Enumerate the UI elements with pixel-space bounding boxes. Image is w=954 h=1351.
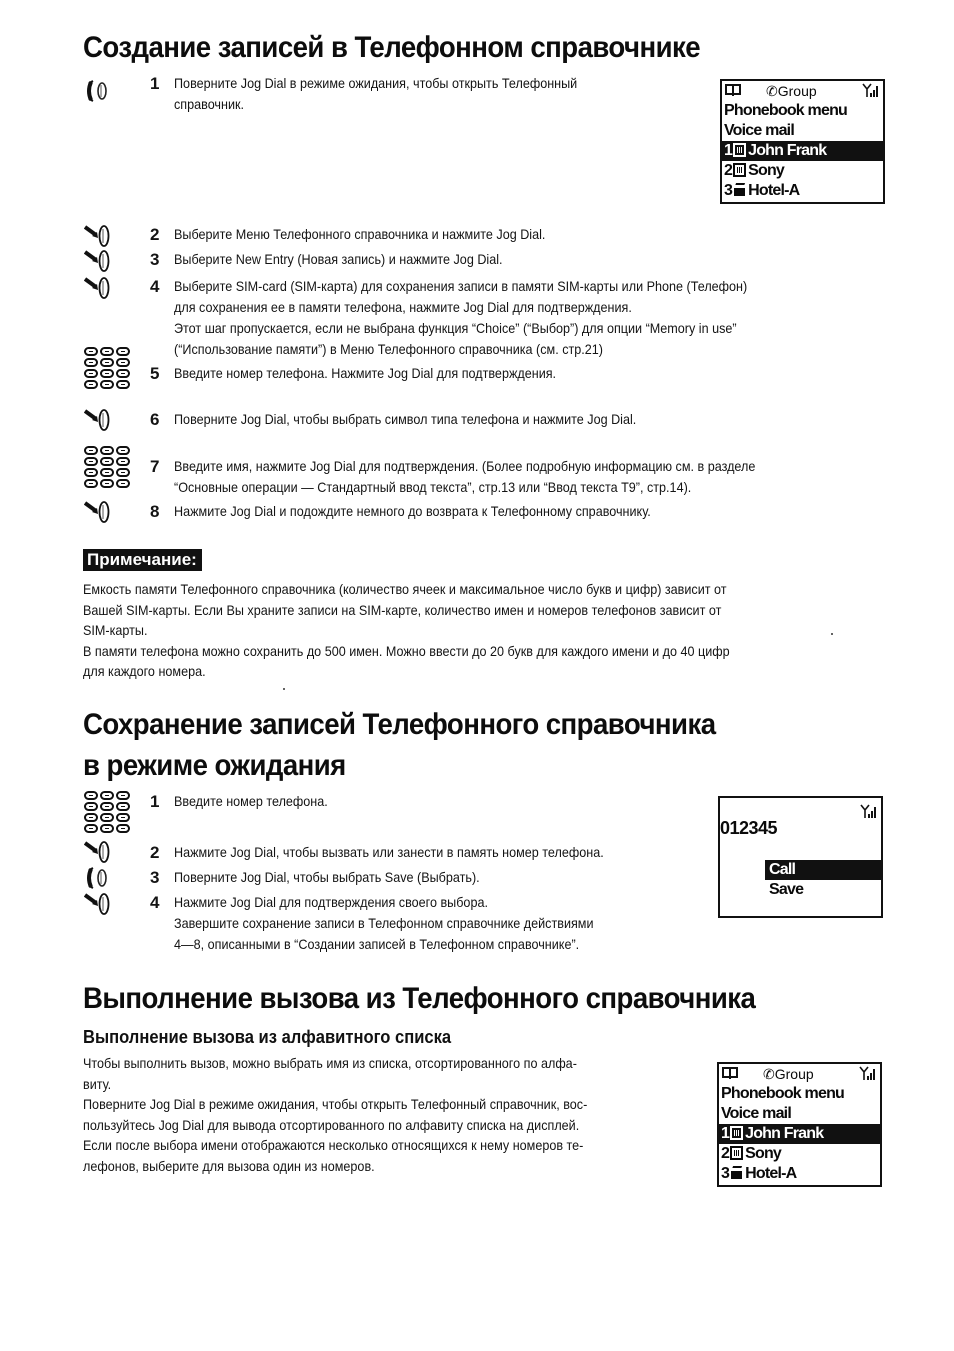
section-title-save-entries: Сохранение записей Телефонного справочни… (83, 705, 716, 745)
step-3: 3 Выберите New Entry (Новая запись) и на… (150, 249, 910, 270)
screen-row-contact: 2Sony (719, 1144, 880, 1164)
screen-option-save: Save (765, 880, 881, 900)
step-text: Нажмите Jog Dial для подтверждения своег… (174, 892, 692, 955)
step-text: Поверните Jog Dial в режиме ожидания, чт… (174, 73, 656, 115)
save-step-4: 4 Нажмите Jog Dial для подтверждения сво… (150, 892, 750, 955)
step-7: 7 Введите имя, нажмите Jog Dial для подт… (150, 456, 950, 498)
section-title-save-entries-line2: в режиме ожидания (83, 746, 346, 786)
screen-row-contact-selected: 1John Frank (719, 1124, 880, 1144)
phone-screen-phonebook: ✆Group Phonebook menu Voice mail 1John F… (720, 79, 885, 204)
jog-dial-rotate-icon (84, 867, 110, 889)
screen-row-contact: 3Hotel-A (722, 181, 883, 201)
jog-dial-press-icon (84, 276, 114, 300)
subsection-title-alphabetical: Выполнение вызова из алфавитного списка (83, 1026, 451, 1048)
jog-dial-rotate-icon (84, 80, 110, 102)
phonebook-icon (722, 1067, 738, 1078)
keypad-icon (84, 347, 132, 393)
screen-status-bar: ✆Group (719, 1064, 880, 1084)
save-step-2: 2 Нажмите Jog Dial, чтобы вызвать или за… (150, 842, 750, 863)
step-4: 4 Выберите SIM-card (SIM-карта) для сохр… (150, 276, 950, 360)
mobile-phone-icon (733, 163, 746, 177)
office-phone-icon (730, 1146, 743, 1160)
phone-screen-phonebook-alphabetical: ✆Group Phonebook menu Voice mail 1John F… (717, 1062, 882, 1187)
jog-dial-press-icon (84, 224, 114, 248)
step-text: Выберите New Entry (Новая запись) и нажм… (174, 249, 836, 270)
step-8: 8 Нажмите Jog Dial и подождите немного д… (150, 501, 910, 522)
step-text: Введите имя, нажмите Jog Dial для подтве… (174, 456, 872, 498)
jog-dial-press-icon (84, 249, 114, 273)
screen-row-contact-selected: 1John Frank (722, 141, 883, 161)
step-text: Введите номер телефона. (174, 791, 656, 812)
note-label: Примечание: (83, 549, 202, 571)
phonebook-icon (725, 84, 741, 95)
keypad-icon (84, 446, 132, 492)
phone-screen-number-entry: 012345 Call Save (718, 796, 883, 918)
step-text: Введите номер телефона. Нажмите Jog Dial… (174, 363, 836, 384)
step-text: Поверните Jog Dial, чтобы выбрать Save (… (174, 867, 692, 888)
step-6: 6 Поверните Jog Dial, чтобы выбрать симв… (150, 409, 910, 430)
step-text: Нажмите Jog Dial и подождите немного до … (174, 501, 836, 522)
save-step-3: 3 Поверните Jog Dial, чтобы выбрать Save… (150, 867, 750, 888)
group-label: ✆Group (763, 1064, 814, 1084)
step-text: Выберите SIM-card (SIM-карта) для сохран… (174, 276, 872, 360)
screen-row-contact: 2Sony (722, 161, 883, 181)
jog-dial-press-icon (84, 840, 114, 864)
screen-row-contact: 3Hotel-A (719, 1164, 880, 1184)
screen-entered-number: 012345 (720, 818, 777, 839)
step-text: Поверните Jog Dial, чтобы выбрать символ… (174, 409, 836, 430)
signal-strength-icon (859, 1066, 877, 1081)
group-label: ✆Group (766, 81, 817, 101)
screen-row-phonebook-menu: Phonebook menu (719, 1084, 880, 1104)
home-phone-icon (733, 183, 746, 197)
step-2: 2 Выберите Меню Телефонного справочника … (150, 224, 910, 245)
jog-dial-press-icon (84, 892, 114, 916)
mobile-phone-icon (730, 1126, 743, 1140)
screen-option-call: Call (765, 860, 881, 880)
section-title-create-entries: Создание записей в Телефонном справочник… (83, 28, 700, 68)
signal-strength-icon (860, 804, 878, 819)
screen-row-voice-mail: Voice mail (722, 121, 883, 141)
screen-row-phonebook-menu: Phonebook menu (722, 101, 883, 121)
jog-dial-press-icon (84, 408, 114, 432)
save-step-1: 1 Введите номер телефона. (150, 791, 710, 812)
step-1: 1 Поверните Jog Dial в режиме ожидания, … (150, 73, 710, 115)
screen-status-bar: ✆Group (722, 81, 883, 101)
home-phone-icon (730, 1166, 743, 1180)
step-text: Нажмите Jog Dial, чтобы вызвать или зане… (174, 842, 692, 863)
note-text: Емкость памяти Телефонного справочника (… (83, 579, 884, 682)
screen-row-voice-mail: Voice mail (719, 1104, 880, 1124)
jog-dial-press-icon (84, 500, 114, 524)
step-text: Выберите Меню Телефонного справочника и … (174, 224, 836, 245)
scan-speck (831, 633, 833, 635)
alphabetical-call-text: Чтобы выполнить вызов, можно выбрать имя… (83, 1053, 709, 1176)
section-title-make-call: Выполнение вызова из Телефонного справоч… (83, 979, 755, 1019)
signal-strength-icon (862, 83, 880, 98)
keypad-icon (84, 791, 132, 837)
scan-speck (283, 688, 285, 690)
step-5: 5 Введите номер телефона. Нажмите Jog Di… (150, 363, 910, 384)
mobile-phone-icon (733, 143, 746, 157)
